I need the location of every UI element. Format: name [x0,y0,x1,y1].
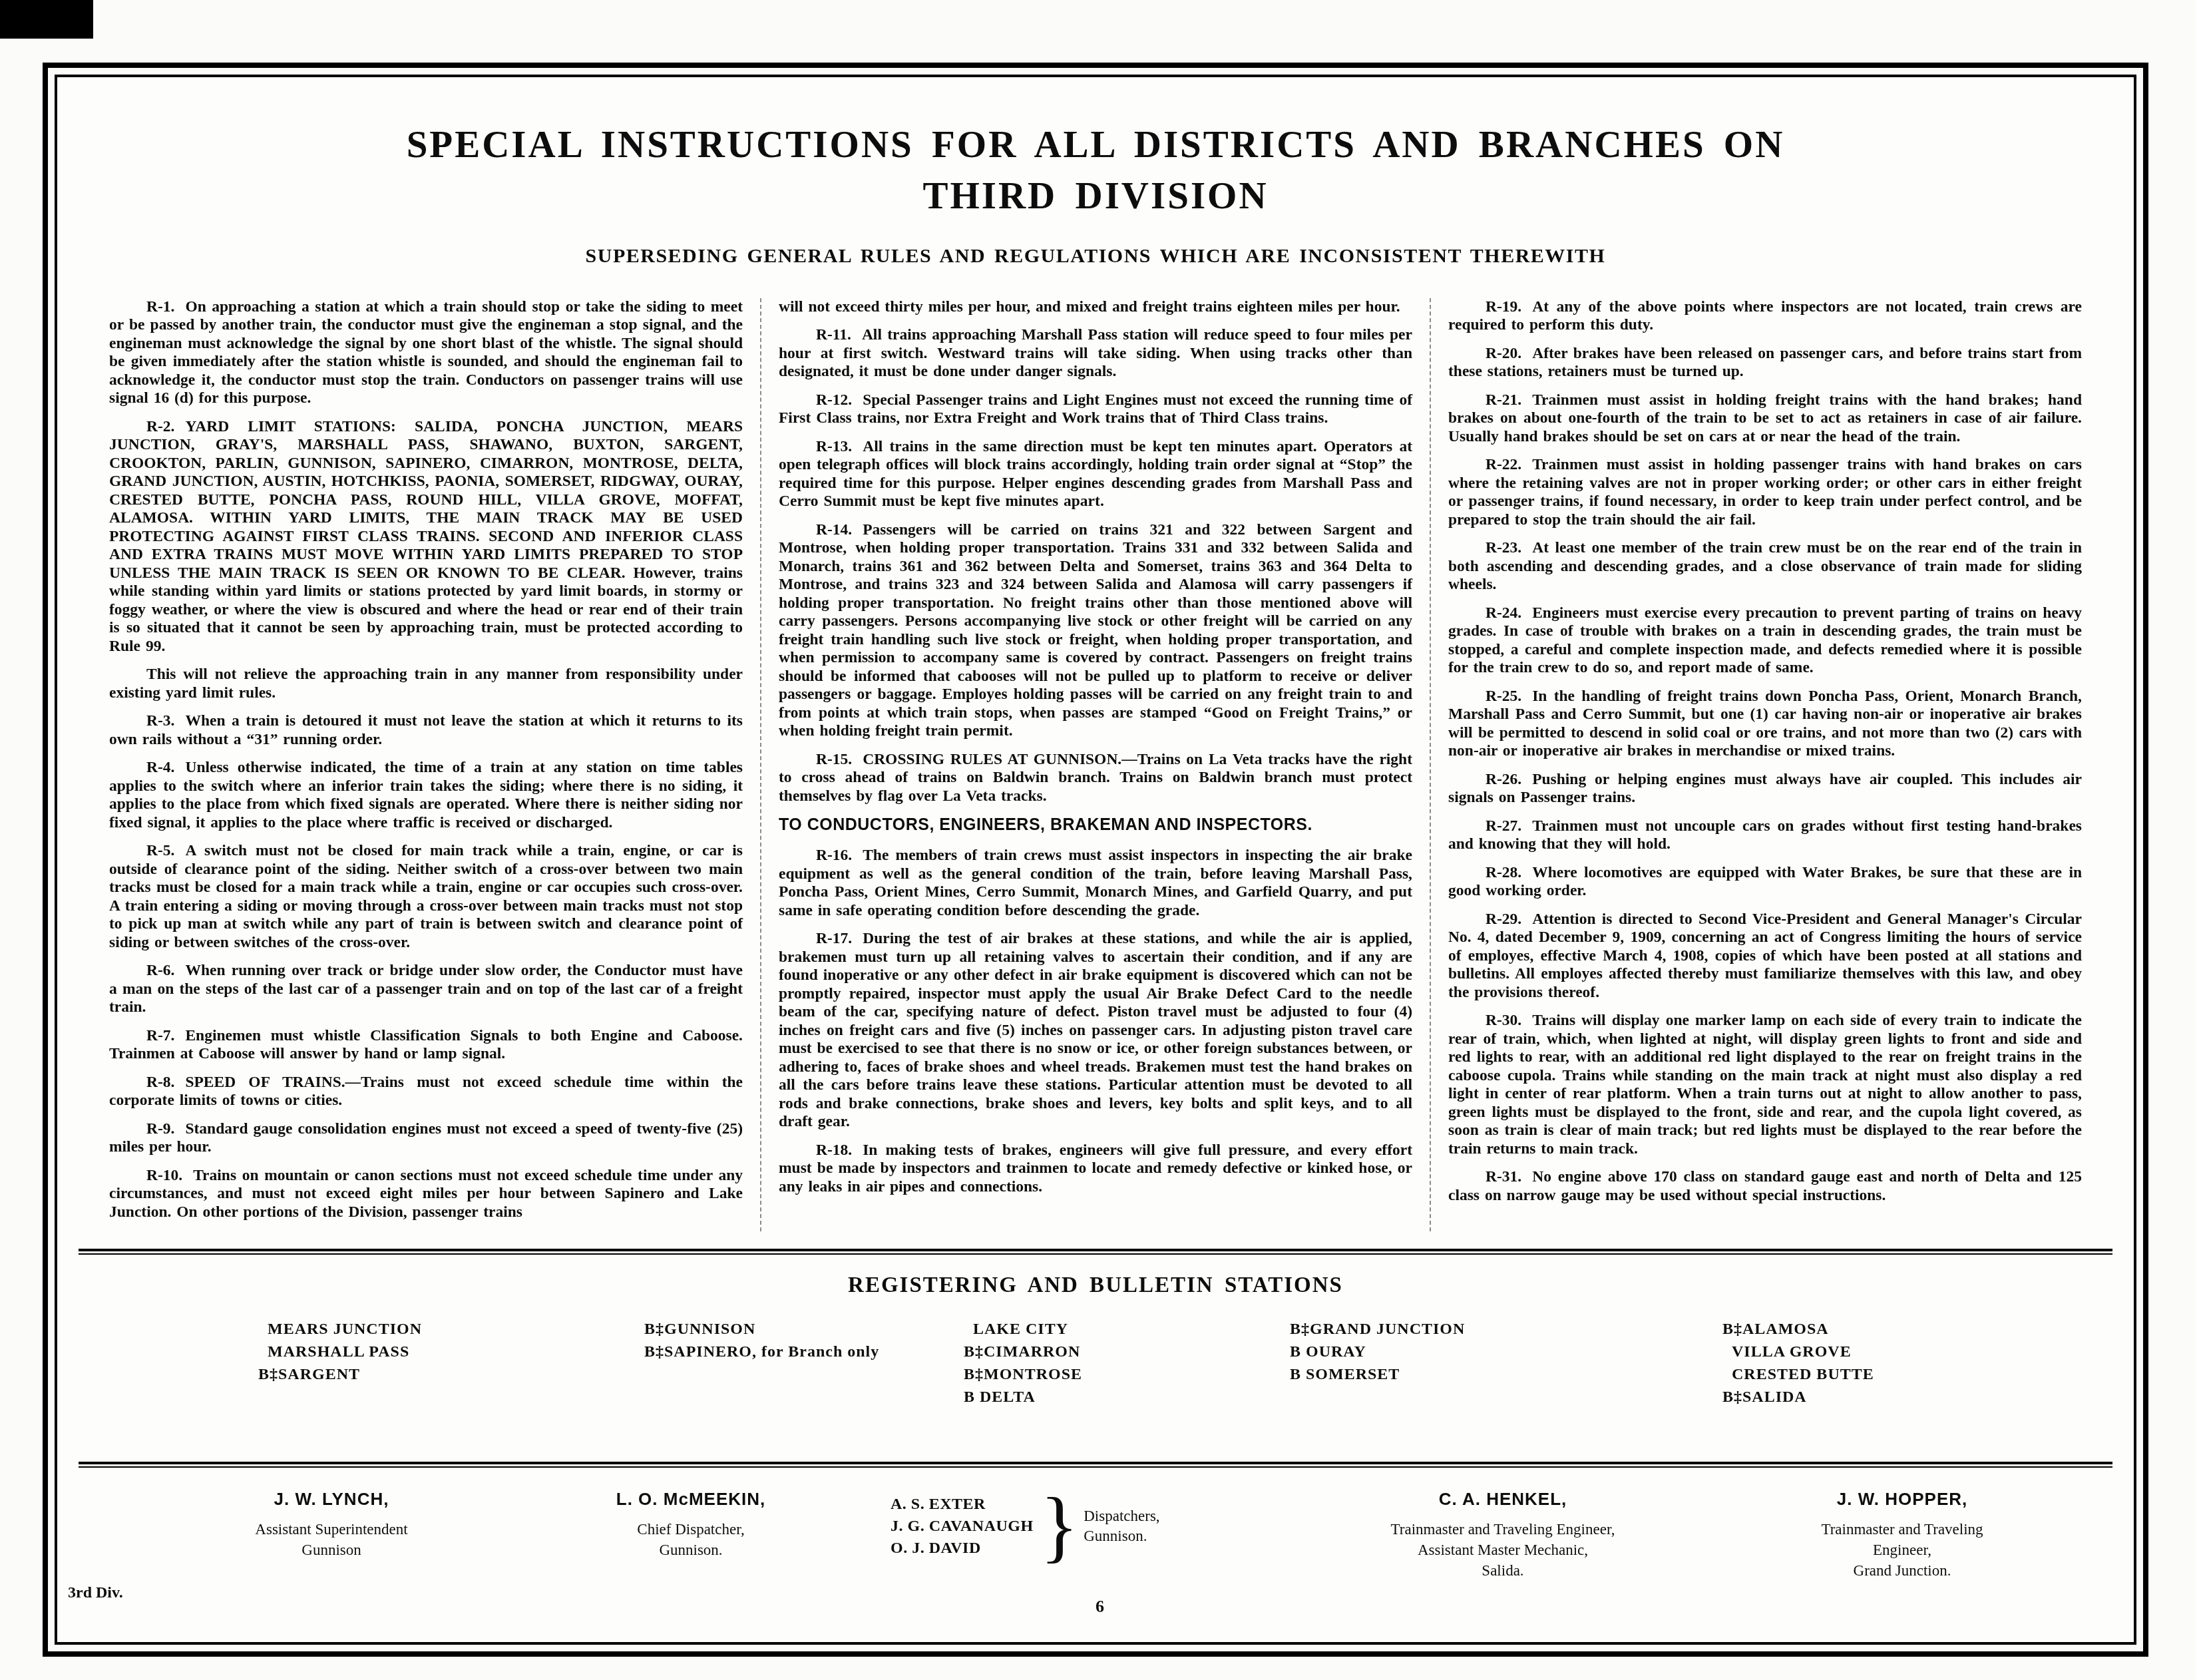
rule-r28: R-28.Where locomotives are equipped with… [1448,864,2082,901]
official-location: Gunnison. [616,1540,765,1560]
station-group-1: MEARS JUNCTION MARSHALL PASS B‡SARGENT [258,1318,422,1386]
rule-text: Trainmen must assist in holding passenge… [1448,456,2082,528]
rule-text: YARD LIMIT STATIONS: SALIDA, PONCHA JUNC… [109,418,743,655]
dispatcher-names: A. S. EXTER J. G. CAVANAUGH O. J. DAVID [891,1494,1034,1560]
rule-text: Engineers must exercise every precaution… [1448,604,2082,677]
rule-text: Standard gauge consolidation engines mus… [109,1120,743,1156]
rule-text: Enginemen must whistle Classification Si… [109,1027,743,1063]
rule-r25: R-25.In the handling of freight trains d… [1448,688,2082,761]
official-location: Grand Junction. [1804,1560,2001,1581]
rule-r4: R-4.Unless otherwise indicated, the time… [109,759,743,832]
rule-text: Where locomotives are equipped with Wate… [1448,864,2082,900]
official-role: Chief Dispatcher, [616,1519,765,1540]
rule-number: R-4. [146,759,174,776]
rules-column-middle: will not exceed thirty miles per hour, a… [760,298,1430,1232]
station-group-3: LAKE CITY B‡CIMARRON B‡MONTROSE B DELTA [964,1318,1082,1408]
official-role2: Assistant Master Mechanic, [1391,1540,1615,1560]
section-heading-conductors: TO CONDUCTORS, ENGINEERS, BRAKEMAN AND I… [779,815,1412,835]
rule-r21: R-21.Trainmen must assist in holding fre… [1448,391,2082,447]
rule-r11: R-11.All trains approaching Marshall Pas… [779,326,1412,381]
dispatcher-role: Dispatchers, [1084,1506,1159,1526]
rule-number: R-23. [1486,539,1521,556]
rule-text: No engine above 170 class on standard ga… [1448,1168,2082,1204]
dispatcher-name: O. J. DAVID [891,1538,1034,1560]
rule-text: The members of train crews must assist i… [779,847,1412,919]
rule-text: Passengers will be carried on trains 321… [779,521,1412,740]
rule-number: R-15. [816,751,852,768]
official-name: J. W. HOPPER, [1804,1489,2001,1510]
rule-number: R-3. [146,712,174,730]
rule-r15: R-15.CROSSING RULES AT GUNNISON.—Trains … [779,751,1412,806]
rule-number: R-30. [1486,1012,1521,1029]
official-lynch: J. W. LYNCH, Assistant Superintendent Gu… [255,1489,407,1560]
rule-number: R-21. [1486,391,1521,409]
rule-number: R-24. [1486,604,1521,622]
page-title-line1: SPECIAL INSTRUCTIONS FOR ALL DISTRICTS A… [92,120,2099,171]
rule-text: At any of the above points where inspect… [1448,298,2082,334]
rule-r13: R-13.All trains in the same direction mu… [779,438,1412,511]
rule-text: When running over track or bridge under … [109,962,743,1016]
rule-number: R-27. [1486,817,1521,835]
rule-text: Trainmen must assist in holding freight … [1448,391,2082,445]
rule-r18: R-18.In making tests of brakes, engineer… [779,1142,1412,1197]
rule-r19: R-19.At any of the above points where in… [1448,298,2082,335]
rule-text: A switch must not be closed for main tra… [109,842,743,951]
rule-r27: R-27.Trainmen must not uncouple cars on … [1448,817,2082,854]
official-location: Gunnison [255,1540,407,1560]
rule-number: R-5. [146,842,174,859]
rule-text: At least one member of the train crew mu… [1448,539,2082,593]
horizontal-rule-top [79,1249,2112,1255]
rules-column-left: R-1.On approaching a station at which a … [92,298,760,1232]
rule-r24: R-24.Engineers must exercise every preca… [1448,604,2082,678]
rule-text: When a train is detoured it must not lea… [109,712,743,748]
rule-number: R-2. [146,418,174,435]
rule-number: R-10. [146,1167,182,1184]
rule-number: R-22. [1486,456,1521,473]
rule-text: CROSSING RULES AT GUNNISON.—Trains on La… [779,751,1412,805]
rule-text: All trains in the same direction must be… [779,438,1412,511]
rule-r16: R-16.The members of train crews must ass… [779,847,1412,920]
stations-list: MEARS JUNCTION MARSHALL PASS B‡SARGENT B… [92,1318,2099,1444]
official-name: J. W. LYNCH, [255,1489,407,1510]
page-title-line2: THIRD DIVISION [92,171,2099,222]
page-title: SPECIAL INSTRUCTIONS FOR ALL DISTRICTS A… [92,120,2099,222]
horizontal-rule-bottom [79,1462,2112,1468]
rules-column-right: R-19.At any of the above points where in… [1430,298,2099,1232]
rule-r8: R-8.SPEED OF TRAINS.—Trains must not exc… [109,1074,743,1110]
page-frame: SPECIAL INSTRUCTIONS FOR ALL DISTRICTS A… [55,75,2136,1645]
official-hopper: J. W. HOPPER, Trainmaster and Traveling … [1804,1489,2001,1581]
rule-text: SPEED OF TRAINS.—Trains must not exceed … [109,1074,743,1110]
rule-text: In making tests of brakes, engineers wil… [779,1142,1412,1195]
rule-number: R-13. [816,438,852,455]
rule-text: In the handling of freight trains down P… [1448,688,2082,760]
rule-number: R-1. [146,298,174,315]
rule-number: R-18. [816,1142,852,1159]
rule-r5: R-5.A switch must not be closed for main… [109,842,743,952]
rule-number: R-16. [816,847,852,864]
rule-r31: R-31.No engine above 170 class on standa… [1448,1168,2082,1205]
rule-text: will not exceed thirty miles per hour, a… [779,298,1400,315]
official-role: Trainmaster and Traveling Engineer, [1804,1519,2001,1560]
rule-r3: R-3.When a train is detoured it must not… [109,712,743,749]
official-mcmeekin: L. O. McMEEKIN, Chief Dispatcher, Gunnis… [616,1489,765,1560]
rule-text: Unless otherwise indicated, the time of … [109,759,743,831]
rule-number: R-6. [146,962,174,979]
rule-text: Special Passenger trains and Light Engin… [779,391,1412,427]
division-footnote: 3rd Div. [68,1584,123,1602]
rule-r2-continuation: This will not relieve the approaching tr… [109,666,743,702]
rule-text: On approaching a station at which a trai… [109,298,743,407]
rule-number: R-14. [816,521,852,538]
stations-heading: REGISTERING AND BULLETIN STATIONS [92,1273,2099,1298]
rule-r10-continuation: will not exceed thirty miles per hour, a… [779,298,1412,317]
station-group-2: B‡GUNNISON B‡SAPINERO, for Branch only [644,1318,879,1363]
rule-r12: R-12.Special Passenger trains and Light … [779,391,1412,428]
page-subtitle: SUPERSEDING GENERAL RULES AND REGULATION… [92,245,2099,268]
rule-number: R-17. [816,930,852,947]
rule-number: R-31. [1486,1168,1521,1185]
official-role: Trainmaster and Traveling Engineer, [1391,1519,1615,1540]
rule-r14: R-14.Passengers will be carried on train… [779,521,1412,741]
rule-r29: R-29.Attention is directed to Second Vic… [1448,911,2082,1002]
rule-number: R-9. [146,1120,174,1138]
official-name: C. A. HENKEL, [1391,1489,1615,1510]
rule-r6: R-6.When running over track or bridge un… [109,962,743,1017]
dispatcher-location: Gunnison. [1084,1526,1159,1546]
rule-r10: R-10.Trains on mountain or canon section… [109,1167,743,1222]
officials-dispatchers-group: A. S. EXTER J. G. CAVANAUGH O. J. DAVID … [891,1493,1160,1560]
rule-r17: R-17.During the test of air brakes at th… [779,930,1412,1132]
rule-number: R-7. [146,1027,174,1044]
official-location: Salida. [1391,1560,1615,1581]
scanned-rulebook-page: { "page": { "title_line1": "SPECIAL INST… [0,0,2195,1680]
rule-number: R-26. [1486,771,1521,788]
rule-r7: R-7.Enginemen must whistle Classificatio… [109,1027,743,1064]
rule-r20: R-20.After brakes have been released on … [1448,345,2082,381]
rule-r30: R-30.Trains will display one marker lamp… [1448,1012,2082,1158]
rule-text: Trains will display one marker lamp on e… [1448,1012,2082,1157]
rule-number: R-19. [1486,298,1521,315]
brace-glyph: } [1040,1493,1079,1560]
dispatcher-label: Dispatchers, Gunnison. [1084,1506,1159,1546]
station-group-5: B‡ALAMOSA VILLA GROVE CRESTED BUTTE B‡SA… [1722,1318,1874,1408]
rule-text: Pushing or helping engines must always h… [1448,771,2082,807]
rule-number: R-20. [1486,345,1521,362]
official-henkel: C. A. HENKEL, Trainmaster and Traveling … [1391,1489,1615,1581]
rule-r22: R-22.Trainmen must assist in holding pas… [1448,456,2082,529]
rule-text: This will not relieve the approaching tr… [109,666,743,702]
official-role: Assistant Superintendent [255,1519,407,1540]
rules-columns: R-1.On approaching a station at which a … [92,298,2099,1232]
rule-text: During the test of air brakes at these s… [779,930,1412,1130]
official-name: L. O. McMEEKIN, [616,1489,765,1510]
dispatcher-name: A. S. EXTER [891,1494,1034,1516]
rule-r9: R-9.Standard gauge consolidation engines… [109,1120,743,1157]
rule-number: R-29. [1486,911,1521,928]
rule-number: R-25. [1486,688,1521,705]
rule-number: R-11. [816,326,851,343]
rule-r2: R-2.YARD LIMIT STATIONS: SALIDA, PONCHA … [109,418,743,656]
rule-text: Trainmen must not uncouple cars on grade… [1448,817,2082,853]
rule-number: R-28. [1486,864,1521,881]
scan-artifact-corner [0,0,93,39]
rule-text: All trains approaching Marshall Pass sta… [779,326,1412,380]
rule-r26: R-26.Pushing or helping engines must alw… [1448,771,2082,807]
rule-text: After brakes have been released on passe… [1448,345,2082,381]
station-group-4: B‡GRAND JUNCTION B OURAY B SOMERSET [1290,1318,1465,1386]
rule-number: R-8. [146,1074,174,1091]
rule-r1: R-1.On approaching a station at which a … [109,298,743,408]
rule-text: Trains on mountain or canon sections mus… [109,1167,743,1221]
rule-number: R-12. [816,391,852,409]
dispatcher-name: J. G. CAVANAUGH [891,1516,1034,1538]
rule-text: Attention is directed to Second Vice-Pre… [1448,911,2082,1001]
page-number: 6 [1096,1597,1104,1617]
rule-r23: R-23.At least one member of the train cr… [1448,539,2082,594]
